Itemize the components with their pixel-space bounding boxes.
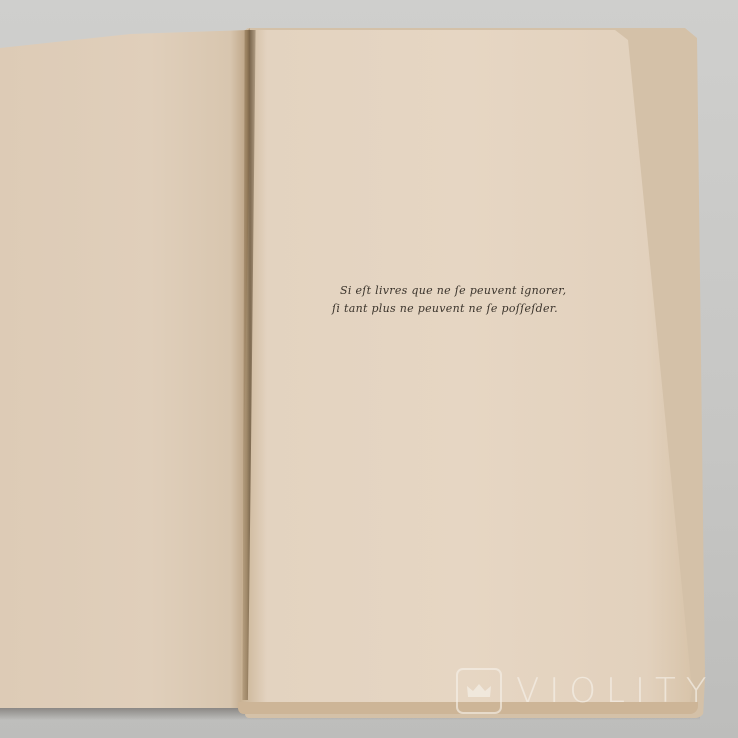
epigraph: Si eſt livres que ne ſe peuvent ignorer,… — [332, 282, 532, 318]
watermark: VIOLITY — [456, 668, 717, 714]
left-page — [0, 28, 250, 708]
crown-icon — [466, 683, 492, 699]
epigraph-line-2: ſi tant plus ne peuvent ne ſe poſſeſder. — [332, 300, 532, 318]
watermark-logo-box — [456, 668, 502, 714]
watermark-text: VIOLITY — [516, 674, 717, 708]
right-page — [240, 30, 692, 713]
epigraph-line-1: Si eſt livres que ne ſe peuvent ignorer, — [332, 282, 532, 300]
